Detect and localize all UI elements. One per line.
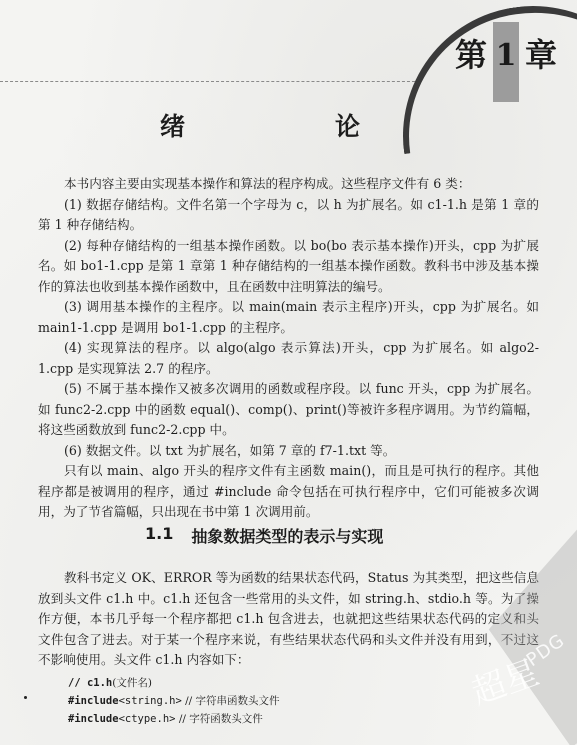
- intro-paragraph: (2) 每种存储结构的一组基本操作函数。以 bo(bo 表示基本操作)开头，cp…: [38, 236, 539, 298]
- chapter-number: 1: [496, 38, 517, 73]
- code-line: // c1.h(文件名): [68, 674, 280, 692]
- intro-paragraph: (6) 数据文件。以 txt 为扩展名，如第 7 章的 f7-1.txt 等。: [38, 441, 539, 462]
- header-dashed-rule: [0, 81, 420, 82]
- chapter-badge: 第 1 章: [455, 38, 557, 71]
- section-paragraph: 教科书定义 OK、ERROR 等为函数的结果状态代码，Status 为其类型，把…: [38, 568, 539, 671]
- intro-paragraph: (5) 不属于基本操作又被多次调用的函数或程序段。以 func 开头，cpp 为…: [38, 379, 539, 441]
- chapter-title-char-2: 论: [335, 107, 360, 143]
- section-title: 抽象数据类型的表示与实现: [191, 524, 383, 547]
- book-page: 第 1 章 绪 论 本书内容主要由实现基本操作和算法的程序构成。这些程序文件有 …: [0, 0, 577, 745]
- chapter-suffix: 章: [525, 39, 557, 71]
- chapter-title: 绪 论: [160, 107, 360, 143]
- intro-paragraph: (4) 实现算法的程序。以 algo(algo 表示算法)开头，cpp 为扩展名…: [38, 338, 539, 379]
- code-listing: // c1.h(文件名) #include<string.h> // 字符串函数…: [68, 674, 280, 728]
- intro-paragraph: (1) 数据存储结构。文件名第一个字母为 c，以 h 为扩展名。如 c1-1.h…: [38, 195, 539, 236]
- chapter-prefix: 第: [455, 39, 487, 71]
- intro-paragraph: 本书内容主要由实现基本操作和算法的程序构成。这些程序文件有 6 类：: [38, 174, 539, 195]
- chapter-number-wrap: 1: [493, 38, 519, 71]
- intro-text: 本书内容主要由实现基本操作和算法的程序构成。这些程序文件有 6 类： (1) 数…: [38, 174, 539, 523]
- intro-paragraph: 只有以 main、algo 开头的程序文件有主函数 main()，而且是可执行的…: [38, 461, 539, 523]
- section-number: 1.1: [145, 524, 173, 547]
- section-body-text: 教科书定义 OK、ERROR 等为函数的结果状态代码，Status 为其类型，把…: [38, 568, 539, 671]
- code-line: #include<ctype.h> // 字符函数头文件: [68, 710, 280, 728]
- margin-dot-mark: [24, 696, 27, 699]
- section-heading: 1.1 抽象数据类型的表示与实现: [145, 524, 383, 547]
- chapter-title-char-1: 绪: [160, 107, 185, 143]
- code-line: #include<string.h> // 字符串函数头文件: [68, 692, 280, 710]
- intro-paragraph: (3) 调用基本操作的主程序。以 main(main 表示主程序)开头，cpp …: [38, 297, 539, 338]
